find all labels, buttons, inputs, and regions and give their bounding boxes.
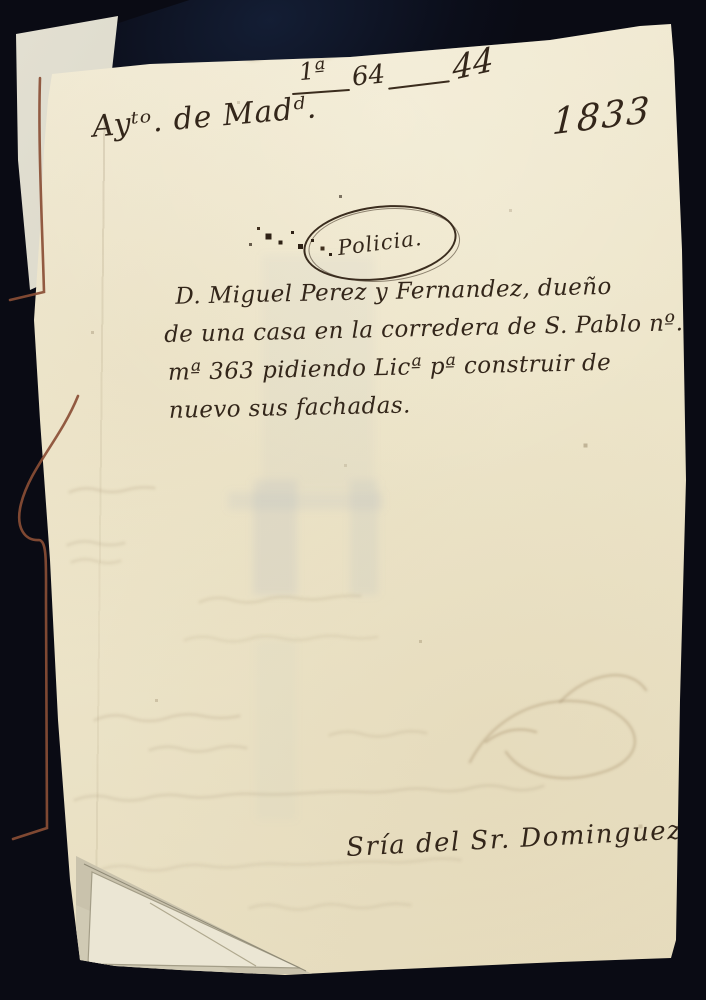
ghost-signature-flourish bbox=[470, 675, 646, 778]
ink-splatter bbox=[0, 0, 1, 1]
office-heading: Ayᵗᵒ. de Madᵈ. bbox=[91, 90, 318, 145]
paper-crease bbox=[95, 120, 106, 960]
folio-number-second: 64 bbox=[351, 59, 387, 92]
folio-number-first: 1ª bbox=[298, 56, 327, 86]
petition-summary: D. Miguel Perez y Fernandez, dueño de un… bbox=[163, 272, 706, 436]
paper-specks bbox=[0, 0, 1, 1]
document-page: 5168 1ª 64 44 Ayᵗᵒ. de Madᵈ. 1833 Polici… bbox=[0, 0, 706, 1000]
folio-dash bbox=[388, 80, 450, 90]
secretary-note: Sría del Sr. Dominguez. bbox=[345, 815, 692, 863]
stamp-label: Policia. bbox=[336, 226, 423, 260]
folio-number-third: 44 bbox=[452, 39, 494, 88]
year: 1833 bbox=[551, 90, 652, 144]
archival-photograph: 5168 1ª 64 44 Ayᵗᵒ. de Madᵈ. 1833 Polici… bbox=[0, 0, 706, 1000]
policia-oval-stamp: Policia. bbox=[299, 197, 461, 289]
